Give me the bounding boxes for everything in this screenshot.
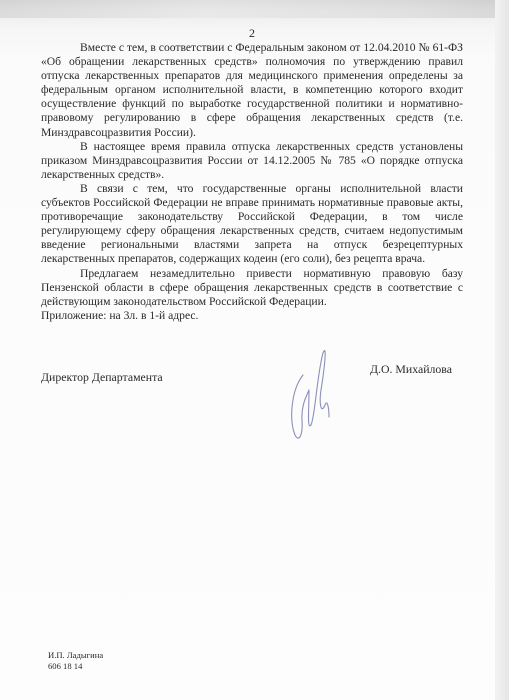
signer-name: Д.О. Михайлова	[370, 362, 452, 377]
paragraph: Вместе с тем, в соответствии с Федеральн…	[41, 41, 463, 140]
paragraph: Предлагаем незамедлительно привести норм…	[41, 267, 463, 309]
paragraph: В настоящее время правила отпуска лекарс…	[41, 140, 463, 182]
letter-body: Вместе с тем, в соответствии с Федеральн…	[41, 41, 463, 323]
executor-name: И.П. Ладыгина	[48, 650, 103, 661]
scan-shadow	[0, 0, 509, 18]
page-edge	[495, 0, 509, 700]
page-number: 2	[249, 26, 255, 41]
paragraph: В связи с тем, что государственные орган…	[41, 182, 463, 267]
scanned-page: 2 Вместе с тем, в соответствии с Федерал…	[0, 0, 509, 700]
signer-title: Директор Департамента	[41, 370, 163, 385]
executor-phone: 606 18 14	[48, 661, 103, 672]
signature-icon	[285, 335, 345, 445]
executor-info: И.П. Ладыгина 606 18 14	[48, 650, 103, 672]
attachment-note: Приложение: на 3л. в 1-й адрес.	[41, 309, 463, 323]
